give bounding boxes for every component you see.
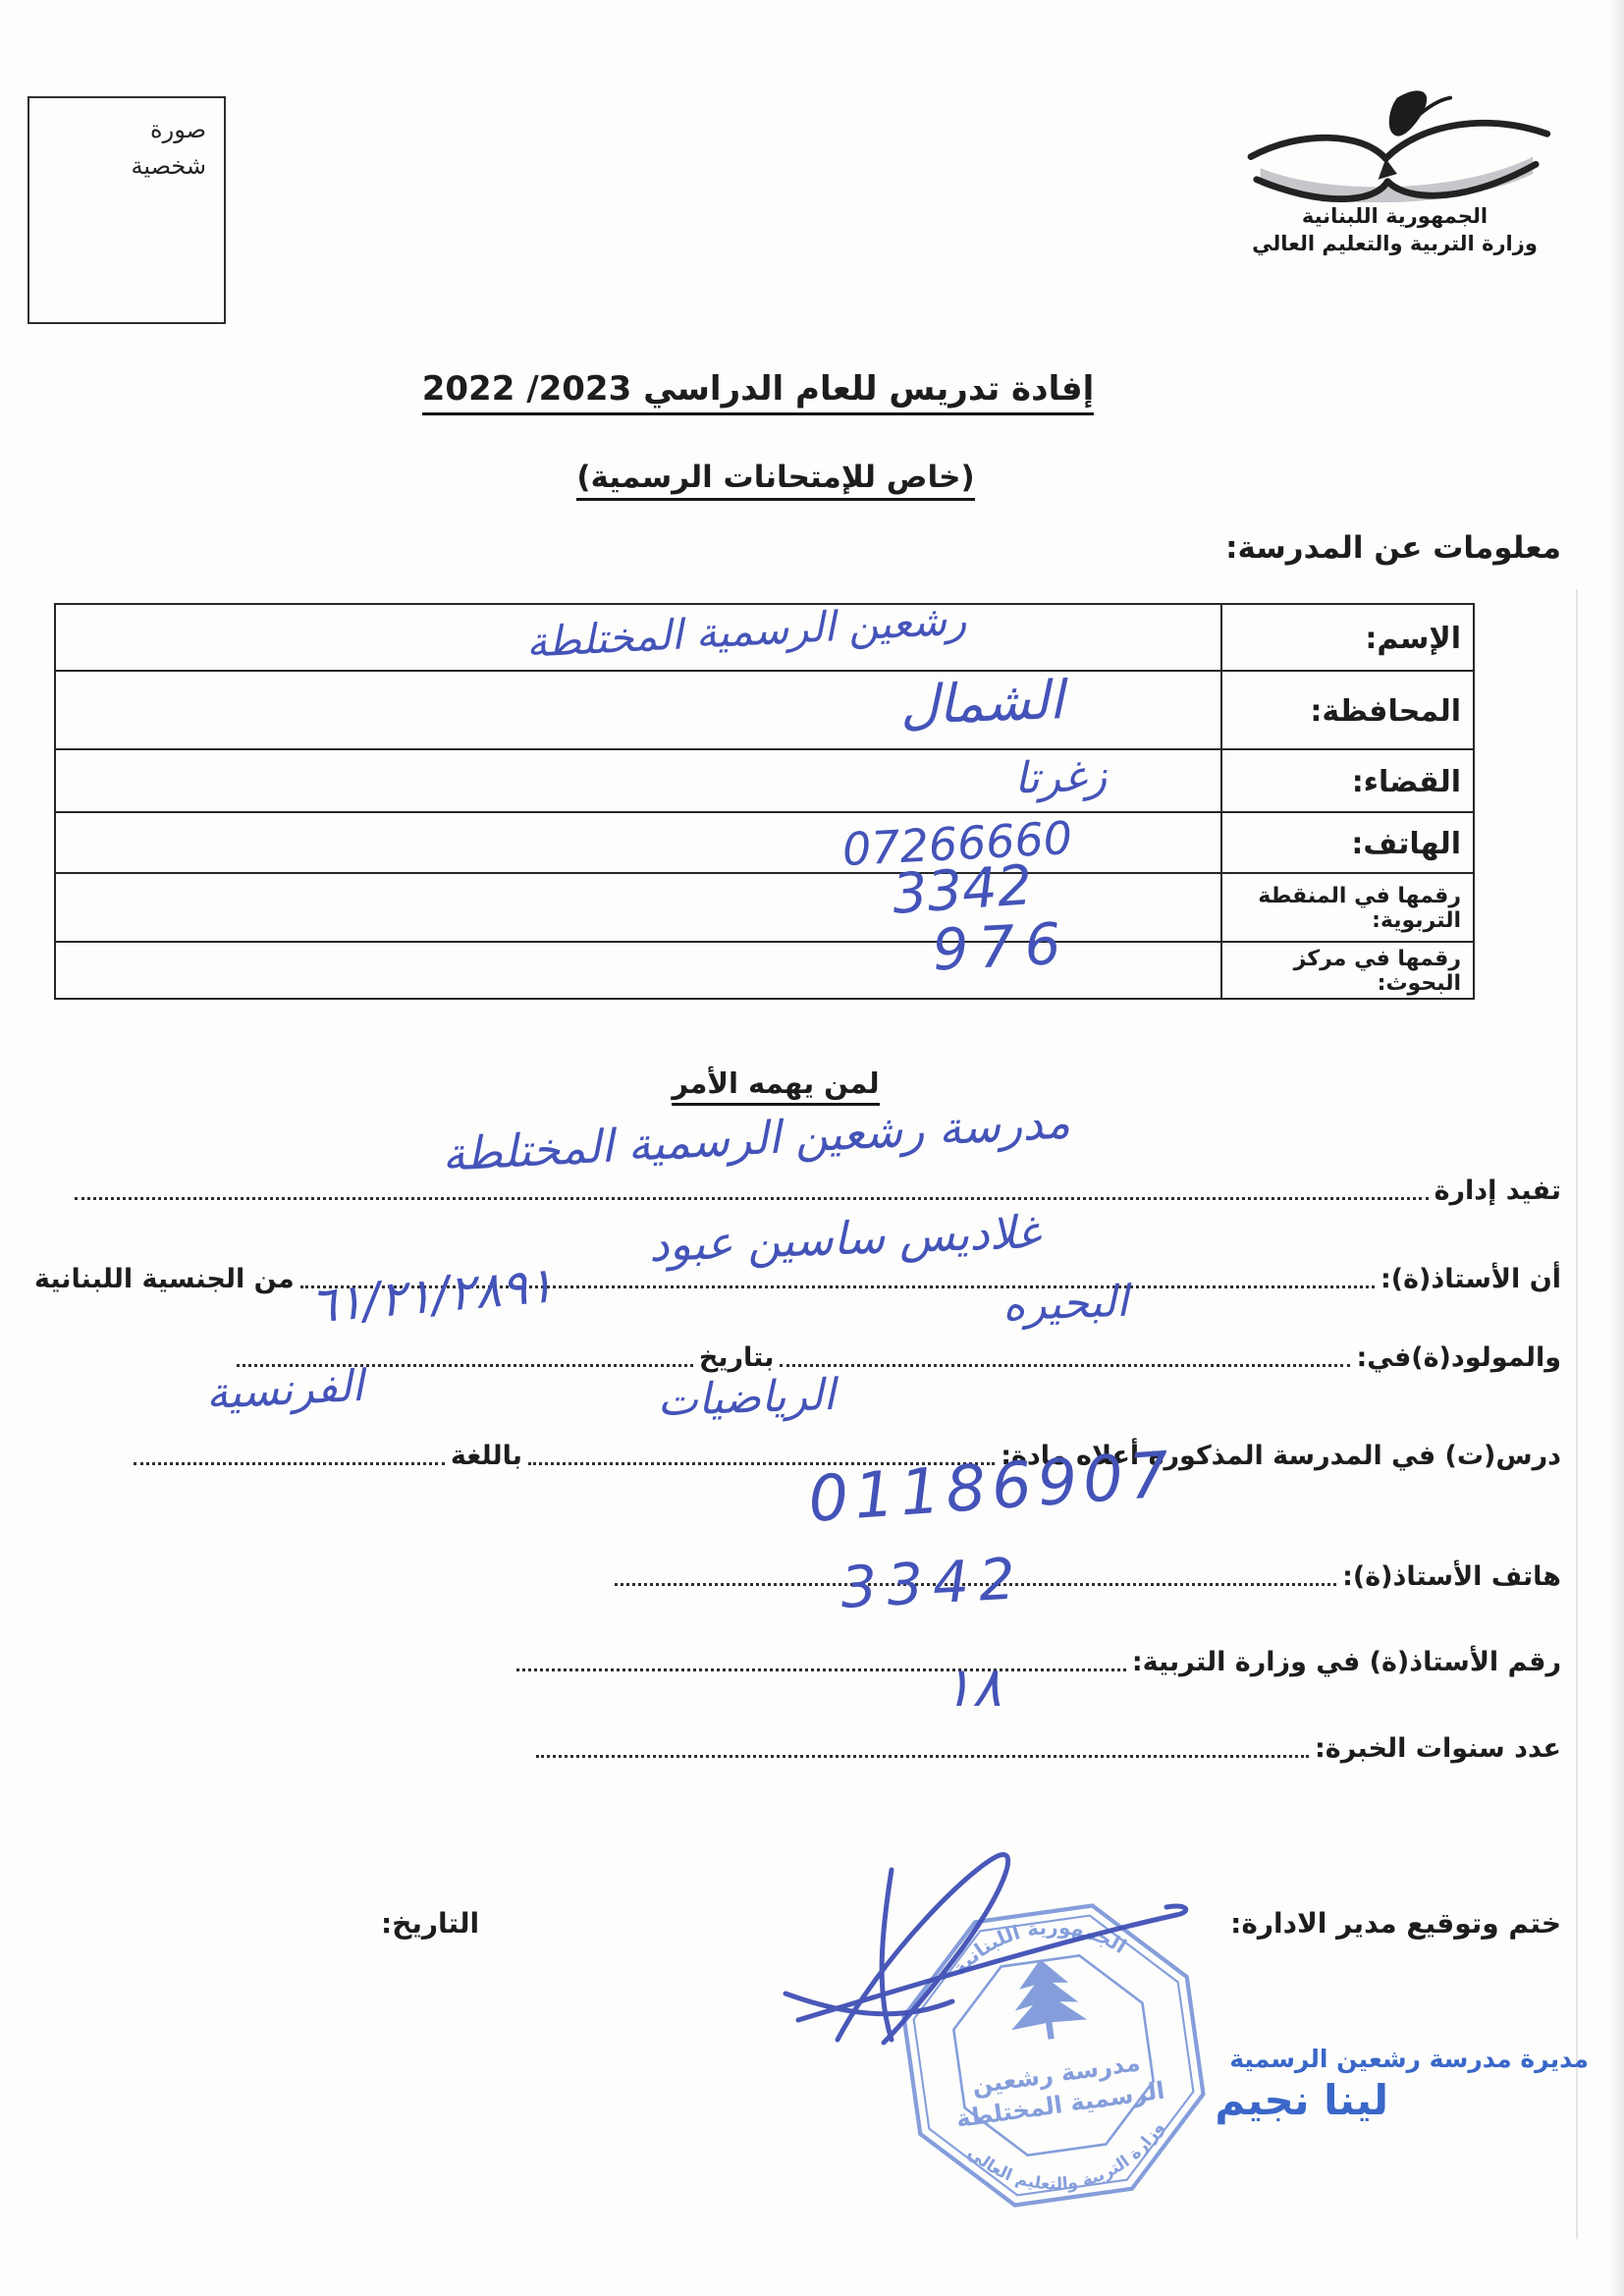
line3-mid-label: بتاريخ (699, 1342, 774, 1373)
table-row: القضاء: (56, 750, 1473, 813)
handwritten-district: زغرتا (966, 749, 1155, 806)
table-cell-label: المحافظة: (1220, 672, 1473, 748)
handwritten-experience-years: ١٨ (898, 1656, 1046, 1720)
school-info-table: الإسم: المحافظة: القضاء: الهاتف: رقمها ف… (54, 603, 1475, 1000)
stamp-signature-label: ختم وتوقيع مدير الادارة: (1230, 1907, 1561, 1940)
handwritten-language: الفرنسية (136, 1357, 433, 1423)
signature-scribble-icon (744, 1829, 1211, 2079)
director-signature (744, 1829, 1211, 2079)
body-line-school: تفيد إدارة (69, 1161, 1561, 1206)
table-cell-label: الإسم: (1220, 605, 1473, 670)
line5-label: هاتف الأستاذ(ة): (1342, 1561, 1561, 1592)
table-row: المحافظة: (56, 672, 1473, 750)
form-title-year: 2022 /2023 (422, 369, 632, 409)
dotted-leader (134, 1462, 445, 1465)
line7-label: عدد سنوات الخبرة: (1315, 1733, 1561, 1764)
form-subtitle: (خاص للإمتحانات الرسمية) (0, 460, 1551, 501)
form-subtitle-text: (خاص للإمتحانات الرسمية) (576, 460, 974, 501)
table-cell-label: القضاء: (1220, 750, 1473, 811)
ministry-name-text: وزارة التربية والتعليم العالي (1225, 232, 1564, 255)
director-name-text: لينا نجيم (1215, 2076, 1388, 2124)
scan-edge-line (1576, 589, 1578, 2239)
line6-label: رقم الأستاذ(ة) في وزارة التربية: (1132, 1647, 1561, 1677)
handwritten-governorate: الشمال (863, 668, 1101, 738)
photo-label-line2: شخصية (47, 148, 206, 185)
form-title-text: إفادة تدريس للعام الدراسي (643, 369, 1094, 409)
concern-heading: لمن يهمه الأمر (0, 1066, 1551, 1106)
table-cell-label: رقمها في مركز البحوث: (1220, 943, 1473, 998)
dotted-leader (536, 1755, 1309, 1758)
handwritten-ministry-number: 2433 (798, 1543, 1066, 1623)
table-row: رقمها في المنقطة التربوية: (56, 874, 1473, 943)
line4-mid-label: باللغة (451, 1441, 522, 1471)
republic-name-text: الجمهورية اللبنانية (1225, 204, 1564, 228)
table-row: الهاتف: (56, 813, 1473, 874)
concern-heading-text: لمن يهمه الأمر (672, 1066, 879, 1106)
open-book-logo-icon (1233, 86, 1557, 202)
line1-label: تفيد إدارة (1435, 1175, 1561, 1206)
form-title: إفادة تدريس للعام الدراسي 2022 /2023 (0, 369, 1516, 415)
scan-edge-shade (1608, 0, 1624, 2296)
photo-label-line1: صورة (47, 112, 206, 148)
scanned-form-page: صورة شخصية الجمهورية اللبنانية وزارة الت… (0, 0, 1624, 2296)
handwritten-research-number: 679 (896, 908, 1106, 986)
ministry-logo-block: الجمهورية اللبنانية وزارة التربية والتعل… (1225, 86, 1564, 255)
body-line-experience: عدد سنوات الخبرة: (530, 1719, 1561, 1764)
line3-label: والمولود(ة)في: (1356, 1342, 1561, 1373)
handwritten-subject: الرياضيات (593, 1368, 899, 1429)
handwritten-birthplace: البحيره (937, 1274, 1194, 1333)
dotted-leader (75, 1197, 1429, 1200)
director-title-text: مديرة مدرسة رشعين الرسمية (1229, 2045, 1589, 2073)
table-cell-label: رقمها في المنقطة التربوية: (1220, 874, 1473, 941)
photo-placeholder-box: صورة شخصية (27, 96, 226, 324)
table-row: رقمها في مركز البحوث: (56, 943, 1473, 998)
school-info-heading: معلومات عن المدرسة: (1225, 530, 1561, 566)
body-line-teacher-phone: هاتف الأستاذ(ة): (609, 1547, 1561, 1592)
date-label: التاريخ: (381, 1907, 479, 1940)
table-cell-label: الهاتف: (1220, 813, 1473, 872)
line2-label: أن الأستاذ(ة): (1380, 1264, 1561, 1294)
dotted-leader (780, 1364, 1350, 1367)
